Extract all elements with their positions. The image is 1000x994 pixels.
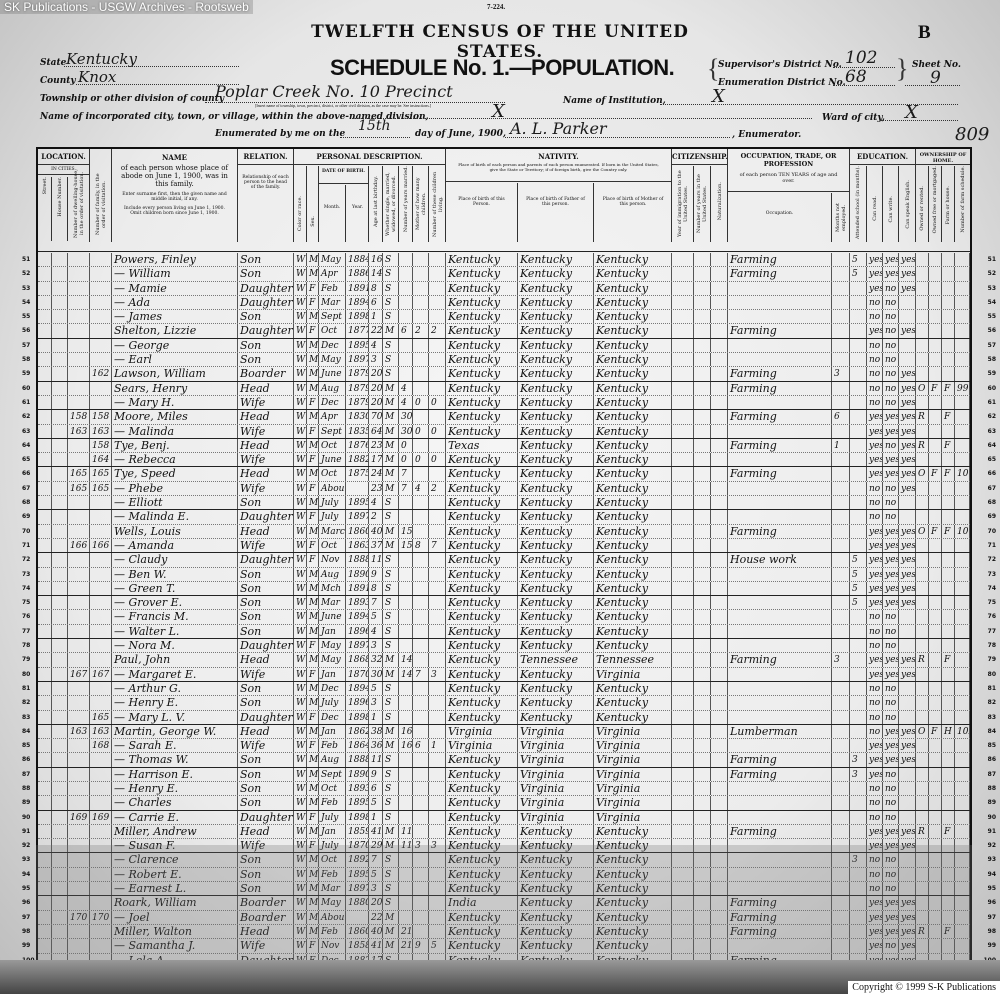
cell-occ [728, 282, 832, 295]
cell-family [90, 496, 112, 509]
cell-ym [399, 882, 413, 895]
cell-sched [955, 768, 970, 781]
cell-month: Oct [319, 782, 346, 795]
cell-nat [711, 753, 728, 766]
cell-own [916, 911, 929, 924]
cell-bm: Kentucky [594, 267, 672, 280]
line-number-right: 66 [988, 467, 996, 481]
cell-marital: M [383, 653, 399, 666]
cell-imm [672, 467, 694, 480]
cell-eng [899, 639, 916, 652]
cell-street [38, 882, 52, 895]
cell-mne [832, 568, 850, 581]
cell-living [429, 811, 446, 824]
cell-free [929, 911, 942, 924]
cell-sex: M [307, 382, 319, 395]
cell-dwelling: 158 [68, 410, 90, 423]
cell-bp: Kentucky [446, 367, 518, 380]
cell-year [346, 911, 369, 924]
cell-bf: Kentucky [518, 367, 594, 380]
cell-sex: M [307, 796, 319, 809]
cell-own: R [916, 825, 929, 838]
cell-eng: yes [899, 453, 916, 466]
cell-dwelling [68, 625, 90, 638]
cell-sex: M [307, 410, 319, 423]
cell-sched [955, 696, 970, 709]
cell-sched [955, 653, 970, 666]
cell-living [429, 696, 446, 709]
cell-mother: 7 [413, 668, 429, 681]
cell-school [850, 296, 867, 309]
line-number-right: 58 [988, 353, 996, 367]
cell-relation: Head [238, 525, 294, 538]
cell-bp: Kentucky [446, 811, 518, 824]
line-number-left: 92 [22, 839, 30, 853]
cell-occ [728, 868, 832, 881]
cell-read: no [867, 610, 883, 623]
cell-age: 9 [369, 568, 383, 581]
cell-school: 5 [850, 253, 867, 266]
cell-mne [832, 696, 850, 709]
cell-sched [955, 839, 970, 852]
cell-imm [672, 439, 694, 452]
cell-write: yes [883, 582, 899, 595]
cell-farm [942, 582, 955, 595]
cell-free [929, 768, 942, 781]
cell-color: W [294, 367, 307, 380]
cell-farm [942, 768, 955, 781]
cell-house [52, 839, 68, 852]
cell-age: 5 [369, 682, 383, 695]
cell-marital: M [383, 425, 399, 438]
table-row: 64158Tye, Benj.HeadWMOct187623M0TexasKen… [38, 439, 970, 453]
cell-sex: M [307, 896, 319, 909]
cell-mne [832, 668, 850, 681]
cell-family [90, 310, 112, 323]
cell-farm [942, 296, 955, 309]
cell-school [850, 782, 867, 795]
cell-nat [711, 625, 728, 638]
cell-sex: M [307, 853, 319, 866]
cell-eng [899, 796, 916, 809]
cell-school [850, 625, 867, 638]
cell-mother [413, 825, 429, 838]
cell-family [90, 768, 112, 781]
cell-imm [672, 610, 694, 623]
cell-free [929, 811, 942, 824]
line-number-right: 75 [988, 596, 996, 610]
cell-bf: Kentucky [518, 610, 594, 623]
cell-dwelling [68, 367, 90, 380]
cell-read: no [867, 868, 883, 881]
cell-year: 1862 [346, 725, 369, 738]
cell-bf: Kentucky [518, 582, 594, 595]
cell-imm [672, 553, 694, 566]
cell-free [929, 868, 942, 881]
cell-nat [711, 768, 728, 781]
line-number-right: 86 [988, 753, 996, 767]
cell-yrs [694, 939, 711, 952]
cell-nat [711, 668, 728, 681]
cell-bp: Kentucky [446, 853, 518, 866]
cell-yrs [694, 425, 711, 438]
cell-sex: M [307, 768, 319, 781]
cell-age: 11 [369, 753, 383, 766]
cell-mne [832, 525, 850, 538]
cell-relation: Son [238, 267, 294, 280]
cell-dwelling [68, 796, 90, 809]
cell-free [929, 439, 942, 452]
cell-farm: F [942, 439, 955, 452]
cell-sex: M [307, 625, 319, 638]
cell-free [929, 696, 942, 709]
cell-occ [728, 496, 832, 509]
cell-sched [955, 825, 970, 838]
cell-occ [728, 296, 832, 309]
cell-write: yes [883, 453, 899, 466]
cell-age: 20 [369, 896, 383, 909]
cell-bp: Kentucky [446, 782, 518, 795]
cell-year: 1876 [346, 439, 369, 452]
table-row: 85168— Sarah E.WifeWFFeb186436M1661Virgi… [38, 739, 970, 753]
cell-relation: Daughter [238, 324, 294, 337]
cell-bm: Kentucky [594, 553, 672, 566]
cell-name: — Joel [112, 911, 238, 924]
cell-name: — Samantha J. [112, 939, 238, 952]
cell-bf: Virginia [518, 739, 594, 752]
cell-mother [413, 353, 429, 366]
cell-write: yes [883, 539, 899, 552]
table-row: 89— CharlesSonWMFeb18955SKentuckyVirgini… [38, 796, 970, 810]
cell-bp: Kentucky [446, 653, 518, 666]
cell-mne [832, 925, 850, 938]
table-row: 97170170— JoelBoarderWMAbout22MKentuckyK… [38, 911, 970, 925]
cell-nat [711, 582, 728, 595]
line-number-left: 80 [22, 668, 30, 682]
cell-write: yes [883, 467, 899, 480]
cell-farm [942, 482, 955, 495]
cell-age: 37 [369, 539, 383, 552]
family-num-header: Number of family, in the order of visita… [90, 149, 112, 242]
supervisor-value: 102 [845, 48, 877, 68]
cell-bp: Kentucky [446, 553, 518, 566]
cell-mother: 4 [413, 482, 429, 495]
line-number-left: 91 [22, 825, 30, 839]
cell-write: no [883, 324, 899, 337]
cell-eng [899, 868, 916, 881]
table-row: 92— Susan F.WifeWFJuly187029M1133Kentuck… [38, 839, 970, 853]
cell-mother [413, 267, 429, 280]
cell-yrs [694, 525, 711, 538]
cell-yrs [694, 382, 711, 395]
cell-marital: S [383, 267, 399, 280]
cell-family [90, 267, 112, 280]
cell-living [429, 711, 446, 724]
cell-school [850, 696, 867, 709]
cell-imm [672, 696, 694, 709]
cell-house [52, 625, 68, 638]
cell-farm: F [942, 467, 955, 480]
cell-write: no [883, 868, 899, 881]
cell-farm [942, 353, 955, 366]
cell-sex: M [307, 525, 319, 538]
cell-free [929, 253, 942, 266]
cell-school [850, 725, 867, 738]
cell-occ [728, 610, 832, 623]
cell-relation: Son [238, 868, 294, 881]
cell-free [929, 353, 942, 366]
cell-ym: 4 [399, 396, 413, 409]
cell-house [52, 467, 68, 480]
cell-mne [832, 353, 850, 366]
line-number-left: 89 [22, 796, 30, 810]
cell-eng: yes [899, 439, 916, 452]
cell-sex: M [307, 725, 319, 738]
cell-color: W [294, 839, 307, 852]
cell-eng [899, 625, 916, 638]
cell-relation: Wife [238, 839, 294, 852]
cell-sex: M [307, 596, 319, 609]
cell-age: 22 [369, 911, 383, 924]
cell-mother [413, 553, 429, 566]
cell-imm [672, 510, 694, 523]
cell-ym: 16 [399, 725, 413, 738]
line-number-left: 64 [22, 439, 30, 453]
cell-eng [899, 711, 916, 724]
cell-read: no [867, 353, 883, 366]
cell-read: no [867, 782, 883, 795]
cell-write: no [883, 396, 899, 409]
cell-family: 163 [90, 725, 112, 738]
cell-sex: F [307, 811, 319, 824]
cell-mne [832, 753, 850, 766]
cell-bp: Kentucky [446, 939, 518, 952]
line-number-left: 90 [22, 811, 30, 825]
cell-bm: Kentucky [594, 639, 672, 652]
cell-bf: Virginia [518, 811, 594, 824]
cell-free [929, 711, 942, 724]
cell-yrs [694, 696, 711, 709]
cell-house [52, 396, 68, 409]
cell-free [929, 939, 942, 952]
cell-write: no [883, 310, 899, 323]
line-number-left: 53 [22, 282, 30, 296]
cell-farm [942, 796, 955, 809]
cell-write: yes [883, 839, 899, 852]
cell-sched [955, 296, 970, 309]
stamp-number: 809 [955, 124, 989, 145]
cell-bm: Kentucky [594, 896, 672, 909]
cell-house [52, 253, 68, 266]
cell-bf: Virginia [518, 725, 594, 738]
cell-living: 1 [429, 739, 446, 752]
cell-mother: 0 [413, 453, 429, 466]
cell-bm: Kentucky [594, 839, 672, 852]
cell-occ: Farming [728, 925, 832, 938]
cell-occ [728, 596, 832, 609]
line-number-right: 76 [988, 610, 996, 624]
cell-sex: F [307, 482, 319, 495]
cell-school [850, 711, 867, 724]
line-number-right: 85 [988, 739, 996, 753]
cell-mother [413, 782, 429, 795]
cell-sched [955, 482, 970, 495]
cell-name: — Arthur G. [112, 682, 238, 695]
cell-free [929, 324, 942, 337]
cell-ym: 30 [399, 410, 413, 423]
cell-farm [942, 739, 955, 752]
cell-imm [672, 882, 694, 895]
cell-living [429, 625, 446, 638]
cell-relation: Boarder [238, 896, 294, 909]
cell-school [850, 911, 867, 924]
cell-bf: Kentucky [518, 425, 594, 438]
line-number-right: 55 [988, 310, 996, 324]
cell-school [850, 610, 867, 623]
table-row: 61— Mary H.WifeWFDec187920M400KentuckyKe… [38, 396, 970, 410]
cell-occ [728, 668, 832, 681]
cell-sched: 100 [955, 467, 970, 480]
cell-dwelling [68, 768, 90, 781]
cell-mne [832, 382, 850, 395]
cell-mother: 8 [413, 539, 429, 552]
cell-house [52, 496, 68, 509]
cell-free [929, 339, 942, 352]
cell-mother [413, 339, 429, 352]
cell-nat [711, 324, 728, 337]
cell-occ: Farming [728, 896, 832, 909]
cell-relation: Wife [238, 482, 294, 495]
cell-school [850, 510, 867, 523]
cell-color: W [294, 339, 307, 352]
cell-age: 17 [369, 453, 383, 466]
cell-relation: Daughter [238, 282, 294, 295]
cell-sex: M [307, 825, 319, 838]
cell-dwelling: 166 [68, 539, 90, 552]
cell-mne [832, 839, 850, 852]
cell-month: Jan [319, 725, 346, 738]
cell-age: 1 [369, 310, 383, 323]
cell-mother [413, 925, 429, 938]
cell-dwelling [68, 253, 90, 266]
cell-write: yes [883, 653, 899, 666]
cell-family [90, 839, 112, 852]
cell-bm: Kentucky [594, 625, 672, 638]
cell-family: 170 [90, 911, 112, 924]
cell-bf: Kentucky [518, 296, 594, 309]
cell-occ [728, 739, 832, 752]
cell-write: no [883, 768, 899, 781]
cell-house [52, 725, 68, 738]
cell-color: W [294, 425, 307, 438]
cell-sex: F [307, 839, 319, 852]
cell-school [850, 282, 867, 295]
cell-own [916, 896, 929, 909]
cell-school [850, 425, 867, 438]
cell-house [52, 439, 68, 452]
cell-color: W [294, 467, 307, 480]
cell-free [929, 267, 942, 280]
cell-own [916, 796, 929, 809]
cell-school [850, 796, 867, 809]
cell-bm: Kentucky [594, 582, 672, 595]
cell-marital: S [383, 582, 399, 595]
cell-mother [413, 382, 429, 395]
cell-yrs [694, 553, 711, 566]
cell-school [850, 653, 867, 666]
cell-own [916, 396, 929, 409]
cell-month: Nov [319, 553, 346, 566]
cell-mne [832, 739, 850, 752]
line-number-right: 57 [988, 339, 996, 353]
cell-ym [399, 868, 413, 881]
cell-own [916, 253, 929, 266]
cell-nat [711, 568, 728, 581]
cell-mne [832, 253, 850, 266]
table-row: 79Paul, JohnHeadWMMay186832M14KentuckyTe… [38, 653, 970, 667]
cell-imm [672, 811, 694, 824]
cell-color: W [294, 768, 307, 781]
cell-living [429, 353, 446, 366]
cell-name: — Harrison E. [112, 768, 238, 781]
cell-read: no [867, 811, 883, 824]
cell-relation: Wife [238, 668, 294, 681]
cell-bf: Kentucky [518, 925, 594, 938]
line-number-right: 51 [988, 253, 996, 267]
cell-bp: Kentucky [446, 539, 518, 552]
line-number-right: 99 [988, 939, 996, 953]
cell-eng: yes [899, 653, 916, 666]
cell-year: 1898 [346, 711, 369, 724]
cell-mother [413, 682, 429, 695]
cell-occ [728, 711, 832, 724]
enumeration-label: Enumeration District No. [718, 78, 846, 88]
cell-nat [711, 696, 728, 709]
cell-living: 5 [429, 939, 446, 952]
cell-ym [399, 510, 413, 523]
cell-read: yes [867, 911, 883, 924]
cell-relation: Daughter [238, 296, 294, 309]
education-header: EDUCATION. Attended school (in months). … [850, 149, 916, 242]
cell-relation: Wife [238, 739, 294, 752]
cell-sched [955, 553, 970, 566]
cell-living: 0 [429, 453, 446, 466]
cell-read: no [867, 639, 883, 652]
cell-nat [711, 711, 728, 724]
cell-street [38, 682, 52, 695]
cell-month: Nov [319, 939, 346, 952]
cell-read: no [867, 725, 883, 738]
cell-family [90, 696, 112, 709]
cell-imm [672, 482, 694, 495]
cell-bm: Kentucky [594, 467, 672, 480]
cell-marital: S [383, 610, 399, 623]
cell-write: no [883, 782, 899, 795]
cell-eng: yes [899, 367, 916, 380]
line-number-right: 92 [988, 839, 996, 853]
line-number-left: 86 [22, 753, 30, 767]
cell-name: — Ada [112, 296, 238, 309]
cell-bf: Kentucky [518, 267, 594, 280]
cell-dwelling [68, 939, 90, 952]
township-note: [Insert name of township, town, precinct… [255, 103, 431, 108]
cell-living [429, 868, 446, 881]
cell-marital: M [383, 382, 399, 395]
table-row: 72— ClaudyDaughterWFNov188811SKentuckyKe… [38, 553, 970, 567]
cell-occ [728, 939, 832, 952]
cell-age: 8 [369, 282, 383, 295]
cell-bf: Kentucky [518, 396, 594, 409]
